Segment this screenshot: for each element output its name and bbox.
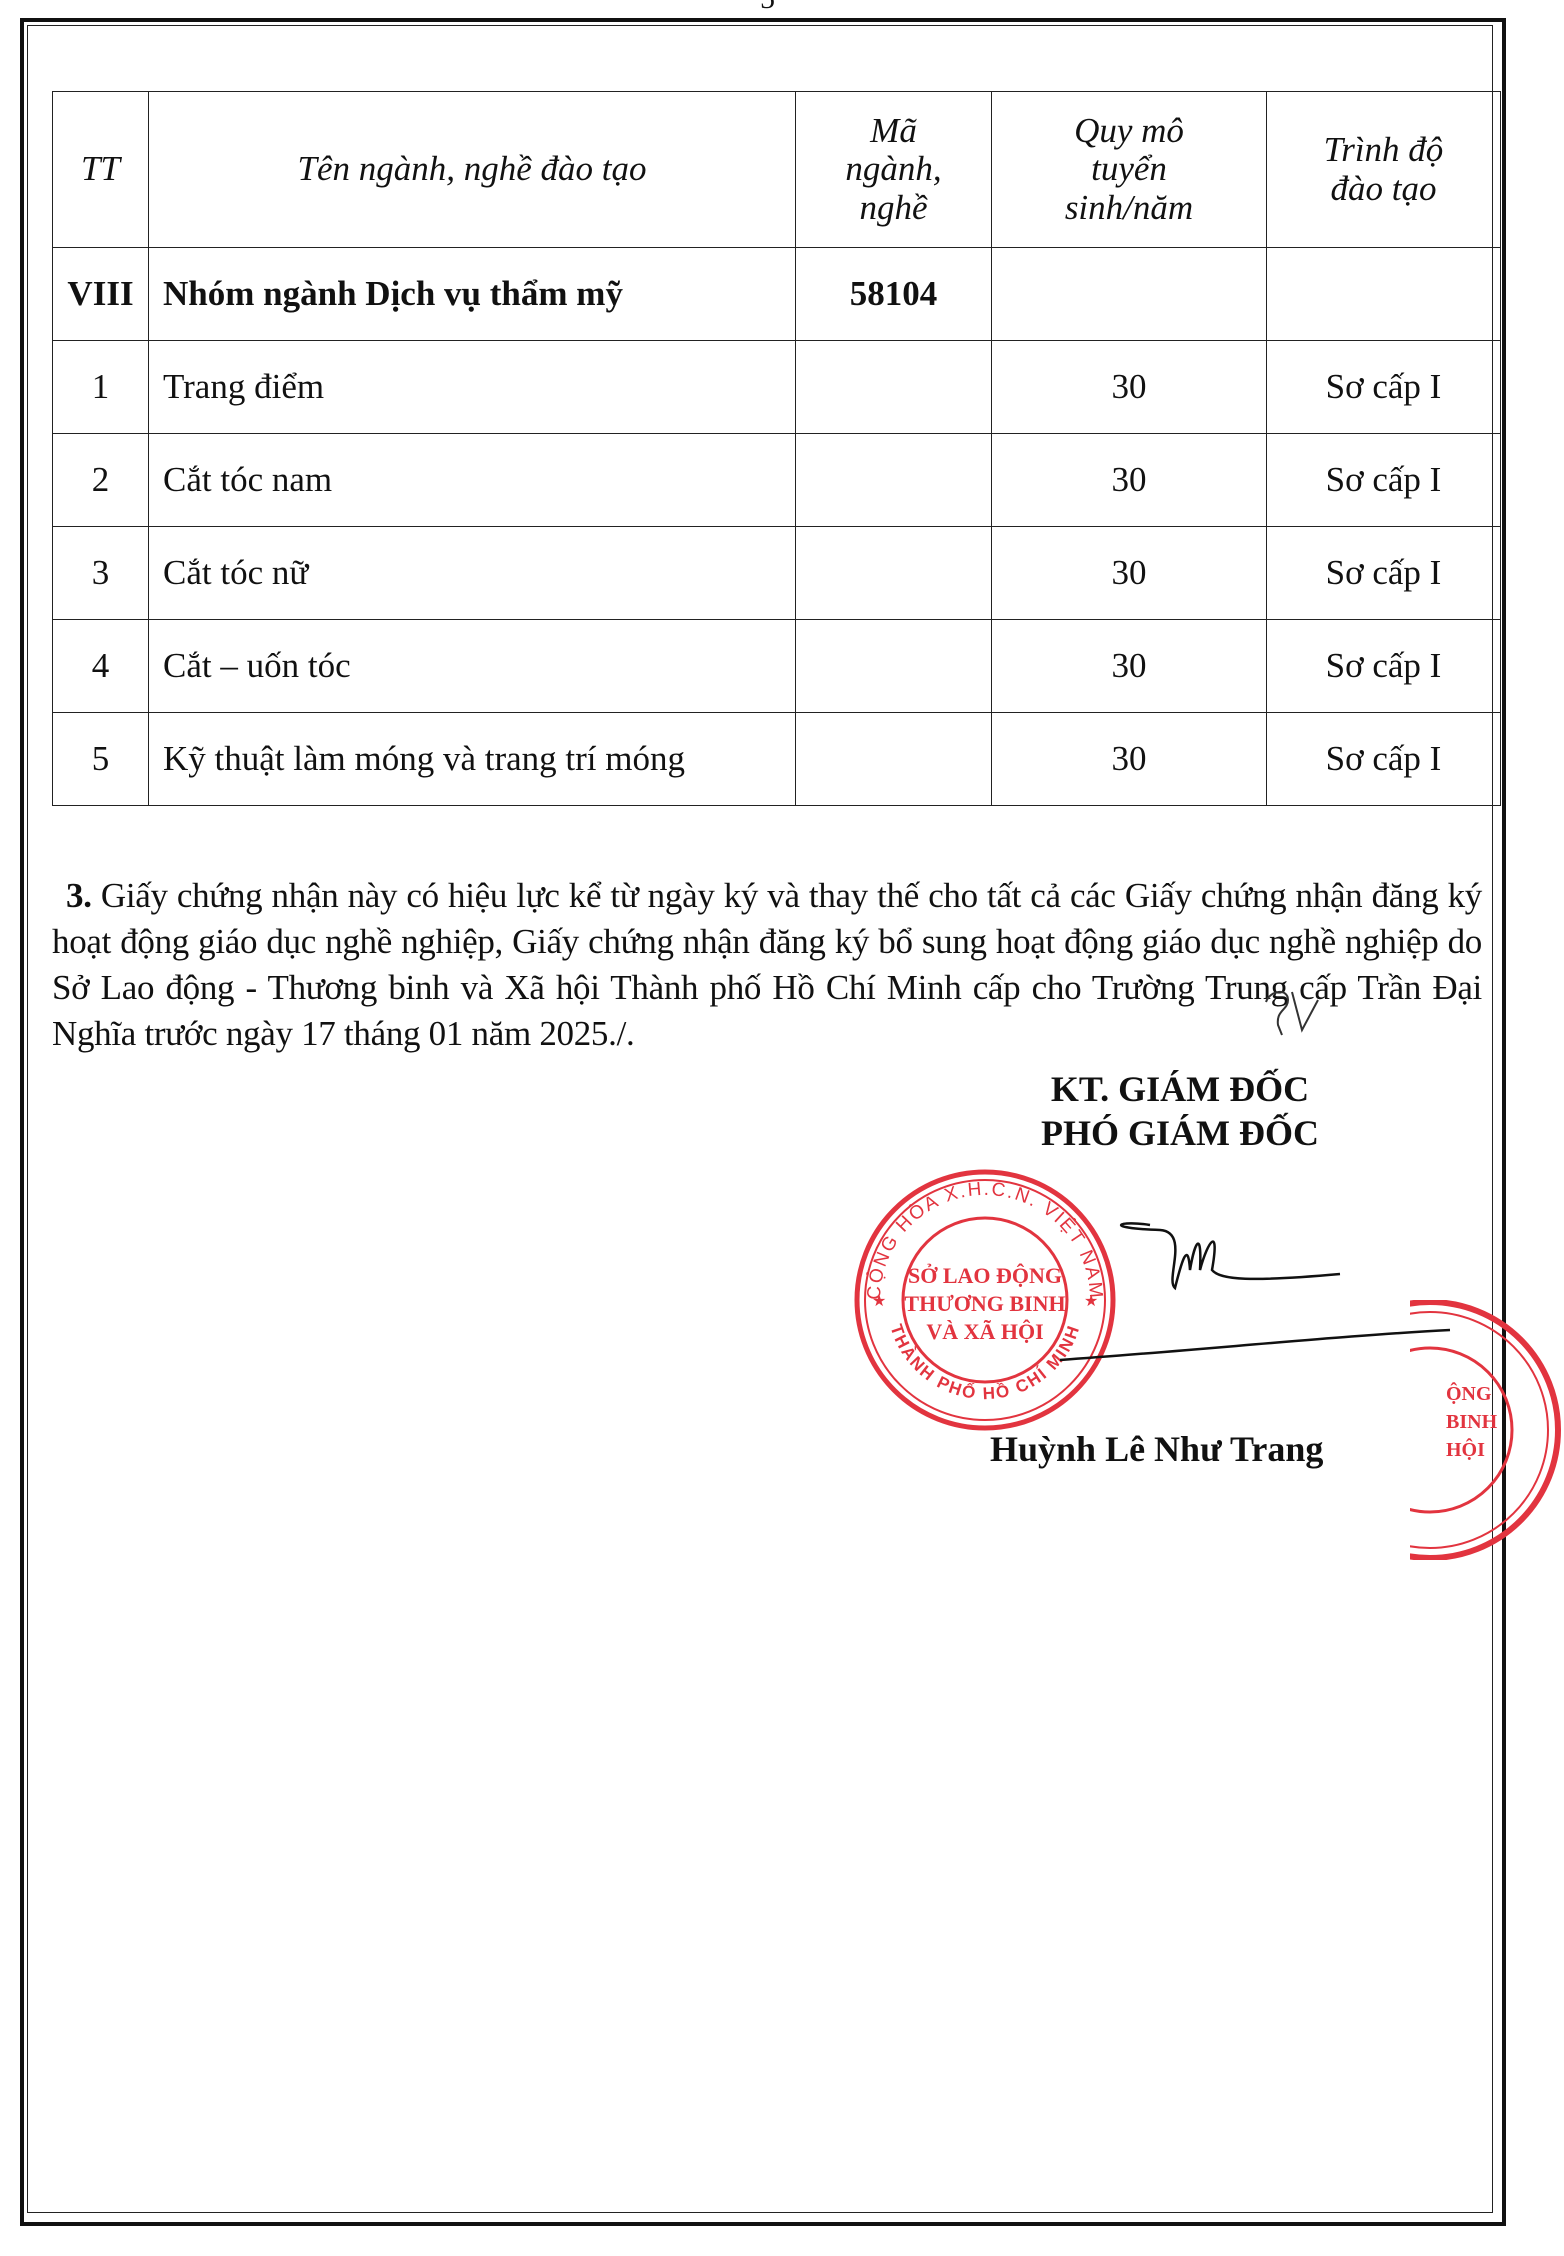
header-scale: Quy mô tuyển sinh/năm	[992, 92, 1267, 248]
row-scale: 30	[992, 341, 1267, 434]
row-tt: 1	[53, 341, 149, 434]
svg-text:BINH: BINH	[1446, 1411, 1498, 1433]
row-code	[796, 713, 992, 806]
group-scale	[992, 248, 1267, 341]
group-tt: VIII	[53, 248, 149, 341]
row-code	[796, 620, 992, 713]
row-code	[796, 341, 992, 434]
svg-text:★: ★	[872, 1293, 886, 1310]
signature-title-2: PHÓ GIÁM ĐỐC	[940, 1112, 1420, 1154]
table-row: 1 Trang điểm 30 Sơ cấp I	[53, 341, 1501, 434]
header-tt: TT	[53, 92, 149, 248]
svg-text:HỘI: HỘI	[1446, 1438, 1485, 1461]
row-name: Trang điểm	[149, 341, 796, 434]
header-level: Trình độ đào tạo	[1267, 92, 1501, 248]
row-level: Sơ cấp I	[1267, 620, 1501, 713]
row-tt: 3	[53, 527, 149, 620]
signature-title-1: KT. GIÁM ĐỐC	[940, 1068, 1420, 1110]
header-code: Mã ngành, nghề	[796, 92, 992, 248]
row-name: Cắt tóc nam	[149, 434, 796, 527]
group-level	[1267, 248, 1501, 341]
row-name: Kỹ thuật làm móng và trang trí móng	[149, 713, 796, 806]
row-name: Cắt tóc nữ	[149, 527, 796, 620]
row-tt: 4	[53, 620, 149, 713]
row-level: Sơ cấp I	[1267, 434, 1501, 527]
table-header-row: TT Tên ngành, nghề đào tạo Mã ngành, ngh…	[53, 92, 1501, 248]
signer-name: Huỳnh Lê Như Trang	[990, 1428, 1323, 1470]
table-row: 5 Kỹ thuật làm móng và trang trí móng 30…	[53, 713, 1501, 806]
row-level: Sơ cấp I	[1267, 713, 1501, 806]
clause-number: 3.	[66, 876, 92, 915]
row-level: Sơ cấp I	[1267, 527, 1501, 620]
group-name: Nhóm ngành Dịch vụ thẩm mỹ	[149, 248, 796, 341]
table-row: 4 Cắt – uốn tóc 30 Sơ cấp I	[53, 620, 1501, 713]
row-scale: 30	[992, 620, 1267, 713]
row-scale: 30	[992, 527, 1267, 620]
row-level: Sơ cấp I	[1267, 341, 1501, 434]
group-row: VIII Nhóm ngành Dịch vụ thẩm mỹ 58104	[53, 248, 1501, 341]
row-code	[796, 434, 992, 527]
svg-text:ỘNG: ỘNG	[1446, 1382, 1492, 1405]
row-scale: 30	[992, 713, 1267, 806]
training-programs-table: TT Tên ngành, nghề đào tạo Mã ngành, ngh…	[52, 91, 1501, 806]
row-tt: 2	[53, 434, 149, 527]
row-tt: 5	[53, 713, 149, 806]
handwritten-signature	[950, 1210, 1470, 1380]
table-row: 2 Cắt tóc nam 30 Sơ cấp I	[53, 434, 1501, 527]
header-name: Tên ngành, nghề đào tạo	[149, 92, 796, 248]
row-name: Cắt – uốn tóc	[149, 620, 796, 713]
group-code: 58104	[796, 248, 992, 341]
row-code	[796, 527, 992, 620]
row-scale: 30	[992, 434, 1267, 527]
table-row: 3 Cắt tóc nữ 30 Sơ cấp I	[53, 527, 1501, 620]
page-number: 5	[760, 0, 775, 16]
initial-mark	[1258, 980, 1328, 1040]
